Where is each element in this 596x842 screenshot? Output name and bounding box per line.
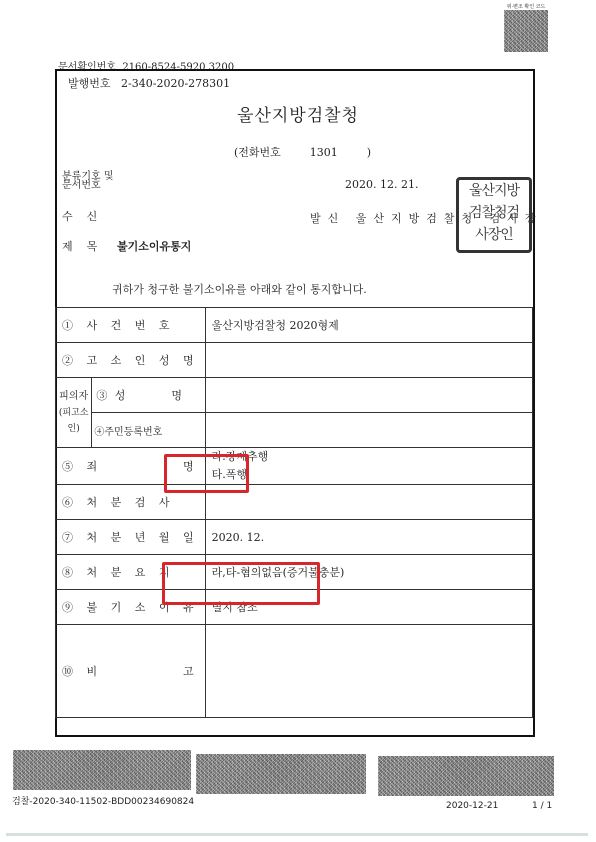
row-label: ④주민등록번호 (92, 413, 205, 448)
document-date: 2020. 12. 21. (345, 178, 418, 191)
row-label: ① 사 건 번 호 (56, 308, 206, 343)
row-value (205, 343, 532, 378)
barcode-block (196, 754, 366, 794)
phone-label: (전화번호 (234, 146, 281, 159)
row-value: 2020. 12. (205, 520, 532, 555)
row-value: 울산지방검찰청 2020형제 (205, 308, 532, 343)
group-subtitle: (피고소인) (58, 405, 89, 437)
table-row: ⑦ 처 분 년 월 일 2020. 12. (56, 520, 533, 555)
barcode-block (13, 750, 191, 790)
row-value (205, 413, 532, 448)
charge-line: 타.폭행 (212, 466, 526, 484)
label-end: 고 (183, 663, 199, 679)
row-value (205, 485, 532, 520)
table-row: ② 고 소 인 성 명 (56, 343, 533, 378)
recipient-label: 수 신 (62, 208, 97, 224)
row-value (205, 625, 532, 718)
phone-line: (전화번호 1301 ) (234, 144, 371, 160)
qr-code (504, 10, 548, 52)
class-label: 분류기호 및 문서번호 (62, 172, 113, 190)
suspect-group-label: 피의자 (피고소인) (56, 378, 92, 448)
row-label: ② 고 소 인 성 명 (56, 343, 206, 378)
disposition-highlight (162, 562, 320, 605)
footer-divider (6, 833, 588, 836)
charge-line: 라.강제추행 (212, 448, 526, 466)
table-row: ⑩ 비 고 (56, 625, 533, 718)
label-start: ⑩ 비 (62, 665, 102, 678)
qr-label: 위·변조 확인 코드 (504, 3, 548, 10)
footer-date: 2020-12-21 (446, 801, 498, 811)
row-label: ⑩ 비 고 (56, 625, 206, 718)
issue-label: 발행번호 (68, 77, 111, 90)
row-value: 라.강제추행 타.폭행 (205, 448, 532, 485)
intro-text: 귀하가 청구한 불기소이유를 아래와 같이 통지합니다. (112, 281, 367, 297)
barcode-block (378, 756, 554, 796)
footer-page: 1 / 1 (532, 801, 552, 811)
office-title: 울산지방검찰청 (0, 101, 596, 126)
table-row: ④주민등록번호 (56, 413, 533, 448)
footer-doc-code: 검찰-2020-340-11502-BDD00234690824 (12, 794, 194, 807)
label-start: ⑤ 죄 (62, 460, 102, 473)
table-row: ① 사 건 번 호 울산지방검찰청 2020형제 (56, 308, 533, 343)
table-row: 피의자 (피고소인) ③ 성 명 (56, 378, 533, 413)
row-value (205, 378, 532, 413)
phone-number: 1301 (310, 146, 338, 159)
notice-form-table: ① 사 건 번 호 울산지방검찰청 2020형제 ② 고 소 인 성 명 피의자… (55, 307, 533, 718)
official-seal: 울산지방 검찰청검 사장인 (456, 177, 532, 253)
subject: 불기소이유통지 (117, 238, 191, 254)
row-label: ③ 성 명 (92, 378, 205, 413)
group-title: 피의자 (58, 389, 89, 405)
issue-line: 발행번호 2-340-2020-278301 (68, 75, 230, 91)
table-row: ⑥ 처 분 검 사 (56, 485, 533, 520)
row-label: ⑦ 처 분 년 월 일 (56, 520, 206, 555)
issue-number: 2-340-2020-278301 (121, 77, 230, 90)
phone-close: ) (367, 146, 371, 159)
class-label-line2: 문서번호 (62, 181, 113, 190)
seal-line: 울산지방 (459, 180, 529, 202)
charges-highlight (164, 454, 249, 493)
table-row: ⑤ 죄 명 라.강제추행 타.폭행 (56, 448, 533, 485)
seal-line: 검찰청검 (459, 202, 529, 224)
subject-label: 제 목 (62, 238, 97, 254)
seal-line: 사장인 (459, 224, 529, 246)
